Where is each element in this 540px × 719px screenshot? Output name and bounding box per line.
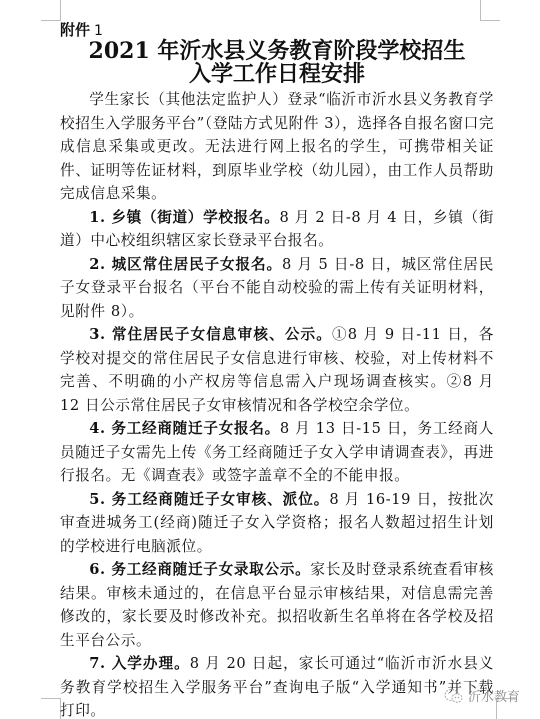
- schedule-item-6: 6. 务工经商随迁子女录取公示。家长及时登录系统查看审核结果。审核未通过的，在信…: [60, 558, 494, 652]
- document-body: 学生家长（其他法定监护人）登录“临沂市沂水县义务教育学校招生入学服务平台”（登陆…: [60, 88, 494, 719]
- source-watermark: 沂水教育: [444, 686, 520, 705]
- intro-paragraph: 学生家长（其他法定监护人）登录“临沂市沂水县义务教育学校招生入学服务平台”（登陆…: [60, 88, 494, 206]
- item-heading: 5. 务工经商随迁子女审核、派位。: [89, 491, 329, 508]
- schedule-item-3: 3. 常住居民子女信息审核、公示。①8 月 9 日-11 日，各学校对提交的常住…: [60, 323, 494, 417]
- crop-mark-top-left: [41, 0, 61, 21]
- item-heading: 6. 务工经商随迁子女录取公示。: [89, 561, 310, 578]
- item-heading: 4. 务工经商随迁子女报名。: [89, 420, 280, 437]
- attachment-number: 1: [94, 23, 103, 39]
- schedule-item-1: 1. 乡镇（街道）学校报名。8 月 2 日-8 月 4 日，乡镇（街道）中心校组…: [60, 206, 494, 253]
- document-page: 附件1 2021 年沂水县义务教育阶段学校招生 入学工作日程安排 学生家长（其他…: [60, 20, 494, 719]
- schedule-item-4: 4. 务工经商随迁子女报名。8 月 13 日-15 日，务工经商人员随迁子女需先…: [60, 417, 494, 488]
- item-heading: 7. 入学办理。: [89, 655, 190, 672]
- item-heading: 3. 常住居民子女信息审核、公示。: [89, 326, 332, 343]
- crop-mark-top-right: [480, 0, 500, 21]
- attachment-label: 附件: [60, 21, 90, 39]
- schedule-item-7: 7. 入学办理。8 月 20 日起，家长可通过“临沂市沂水县义务教育学校招生入学…: [60, 652, 494, 719]
- schedule-item-5: 5. 务工经商随迁子女审核、派位。8 月 16-19 日，按批次审查进城务工(经…: [60, 488, 494, 559]
- document-title: 2021 年沂水县义务教育阶段学校招生 入学工作日程安排: [60, 40, 494, 86]
- title-line-2: 入学工作日程安排: [60, 63, 494, 86]
- wechat-icon: [444, 688, 464, 704]
- watermark-text: 沂水教育: [468, 686, 520, 705]
- schedule-item-2: 2. 城区常住居民子女报名。8 月 5 日-8 日，城区常住居民子女登录平台报名…: [60, 253, 494, 324]
- crop-mark-bottom-left: [41, 698, 61, 719]
- item-heading: 2. 城区常住居民子女报名。: [89, 256, 282, 273]
- title-line-1: 2021 年沂水县义务教育阶段学校招生: [60, 40, 494, 63]
- item-heading: 1. 乡镇（街道）学校报名。: [89, 209, 279, 226]
- attachment-header: 附件1: [60, 20, 494, 40]
